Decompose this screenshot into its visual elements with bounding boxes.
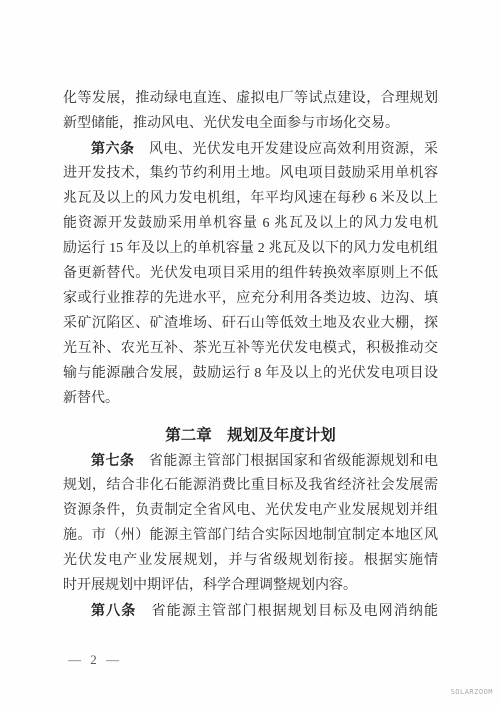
document-body: 化等发展，推动绿电直连、虚拟电厂等试点建设，合理规划布局新型储能，推动风电、光伏… [63, 86, 438, 623]
chapter-heading: 第二章 规划及年度计划 [63, 423, 438, 448]
text-line: 励运行 15 年及以上的单机容量 2 兆瓦及以下的风力发电机组设 [63, 236, 438, 261]
text-line: 光伏发电产业发展规划，并与省级规划衔接。根据实施情况，及 [63, 548, 438, 573]
article-label: 第八条 [91, 602, 136, 618]
text-line: 时开展规划中期评估，科学合理调整规划内容。 [63, 573, 438, 598]
text-line: 第七条 省能源主管部门根据国家和省级能源规划和电力 [63, 448, 438, 473]
article-label: 第六条 [91, 140, 134, 156]
page-number: — 2 — [68, 652, 122, 668]
document-page: 化等发展，推动绿电直连、虚拟电厂等试点建设，合理规划布局新型储能，推动风电、光伏… [0, 0, 500, 706]
text-line: 备更新替代。光伏发电项目采用的组件转换效率原则上不低于国 [63, 261, 438, 286]
article-label: 第七条 [91, 452, 134, 468]
text-line: 规划，结合非化石能源消费比重目标及我省经济社会发展需求和 [63, 473, 438, 498]
text-line: 输与能源融合发展，鼓励运行 8 年及以上的光伏发电项目设备更 [63, 361, 438, 386]
text-line: 采矿沉陷区、矿渣堆场、矸石山等低效土地及农业大棚，探索林 [63, 311, 438, 336]
text-line: 新替代。 [63, 386, 438, 411]
text-line: 资源条件，负责制定全省风电、光伏发电产业发展规划并组织实 [63, 498, 438, 523]
text-line: 新型储能，推动风电、光伏发电全面参与市场化交易。 [63, 111, 438, 136]
text-line: 光互补、农光互补、茶光互补等光伏发电模式，积极推动交通运 [63, 336, 438, 361]
text-line: 进开发技术，集约节约利用土地。风电项目鼓励采用单机容量 5 [63, 161, 438, 186]
text-line: 兆瓦及以上的风力发电机组，年平均风速在每秒 6 米及以上的风 [63, 186, 438, 211]
text-line: 施。市（州）能源主管部门结合实际因地制宜制定本地区风电、 [63, 523, 438, 548]
text-line: 第八条 省能源主管部门根据规划目标及电网消纳能力，对 [63, 598, 438, 623]
text-line: 第六条 风电、光伏发电开发建设应高效利用资源，采用先 [63, 136, 438, 161]
watermark: SOLARZOOM [451, 688, 493, 696]
text-line: 能资源开发鼓励采用单机容量 6 兆瓦及以上的风力发电机组，鼓 [63, 211, 438, 236]
text-line: 化等发展，推动绿电直连、虚拟电厂等试点建设，合理规划布局 [63, 86, 438, 111]
text-line: 家或行业推荐的先进水平，应充分利用各类边坡、边沟、填埋场、 [63, 286, 438, 311]
